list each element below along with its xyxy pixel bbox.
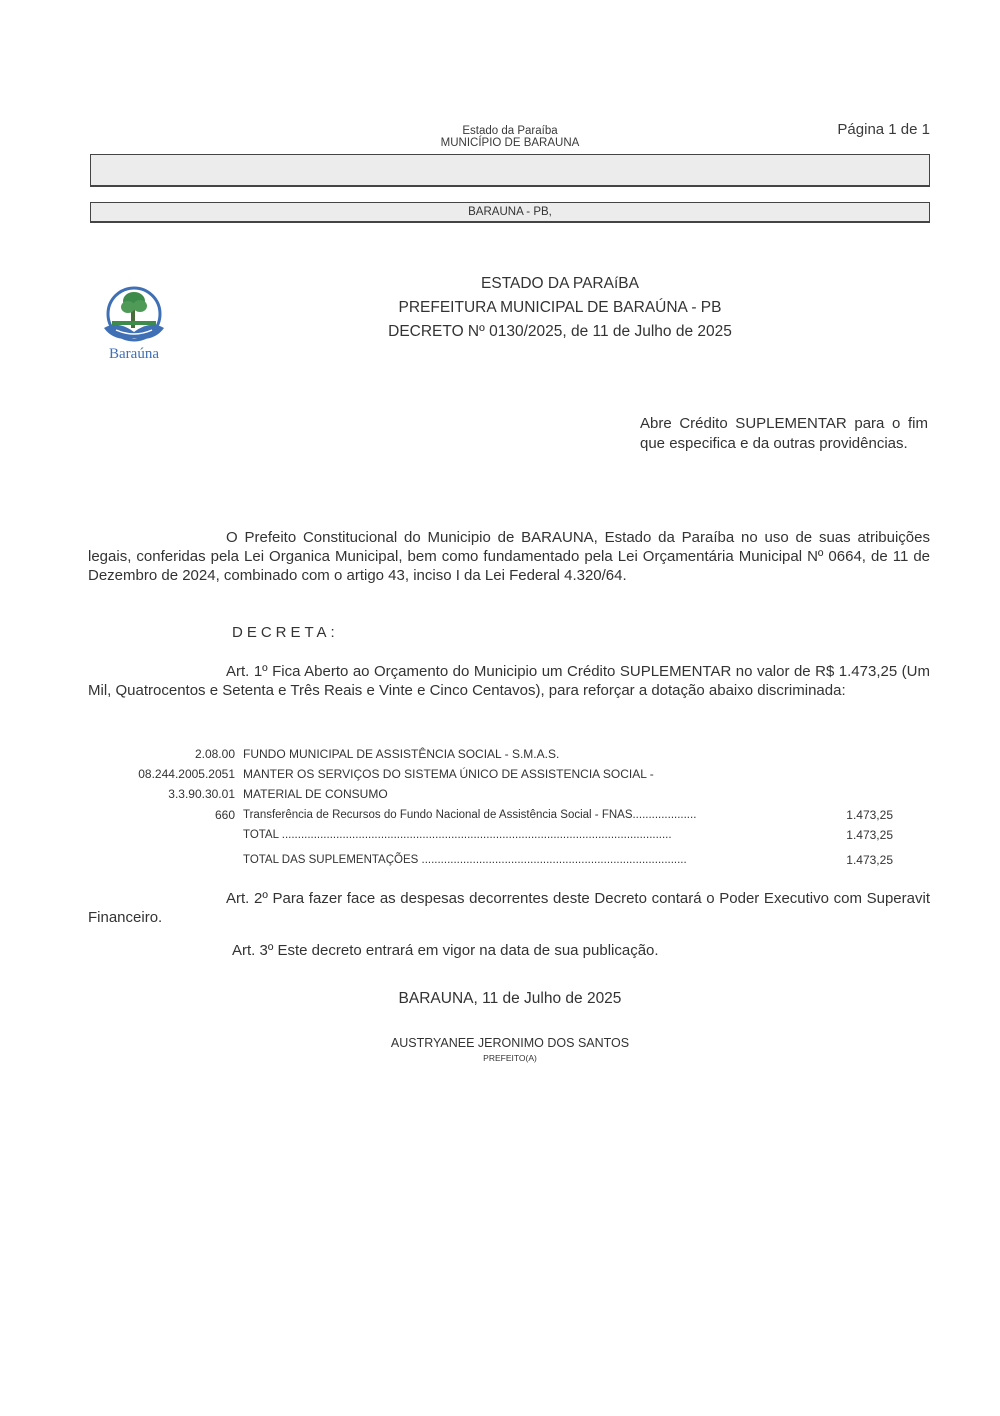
budget-description: Transferência de Recursos do Fundo Nacio… xyxy=(243,805,783,825)
header-state: Estado da Paraíba MUNICÍPIO DE BARAUNA xyxy=(380,125,640,149)
letterhead-prefecture: PREFEITURA MUNICIPAL DE BARAÚNA - PB xyxy=(300,296,820,320)
preamble-text: O Prefeito Constitucional do Municipio d… xyxy=(88,529,930,584)
budget-row: 2.08.00 FUNDO MUNICIPAL DE ASSISTÊNCIA S… xyxy=(88,744,893,764)
decree-title: DECRETO Nº 0130/2025, de 11 de Julho de … xyxy=(300,320,820,344)
budget-row: 08.244.2005.2051 MANTER OS SERVIÇOS DO S… xyxy=(88,764,893,784)
budget-description: FUNDO MUNICIPAL DE ASSISTÊNCIA SOCIAL - … xyxy=(243,744,559,764)
header-blank-box xyxy=(90,154,930,187)
budget-description: MATERIAL DE CONSUMO xyxy=(243,784,388,804)
budget-value: 1.473,25 xyxy=(846,805,893,825)
budget-code: 2.08.00 xyxy=(88,744,235,764)
municipal-logo: Baraúna xyxy=(98,284,170,362)
article-1: Art. 1º Fica Aberto ao Orçamento do Muni… xyxy=(88,662,930,700)
baraúna-emblem-icon: Baraúna xyxy=(98,284,170,362)
article-2: Art. 2º Para fazer face as despesas deco… xyxy=(88,889,930,927)
decreta-heading: DECRETA: xyxy=(232,624,339,641)
budget-row: 660 Transferência de Recursos do Fundo N… xyxy=(88,805,893,825)
budget-total-label: TOTAL ..................................… xyxy=(243,825,783,845)
budget-code: 660 xyxy=(88,805,235,825)
signatory-name: AUSTRYANEE JERONIMO DOS SANTOS xyxy=(300,1036,720,1050)
preamble-paragraph: O Prefeito Constitucional do Municipio d… xyxy=(88,528,930,585)
header-state-line: Estado da Paraíba xyxy=(380,125,640,137)
budget-grand-total-label: TOTAL DAS SUPLEMENTAÇÕES ...............… xyxy=(243,850,783,870)
place-date: BARAUNA, 11 de Julho de 2025 xyxy=(300,990,720,1008)
header-municipality-line: MUNICÍPIO DE BARAUNA xyxy=(380,137,640,149)
budget-description: MANTER OS SERVIÇOS DO SISTEMA ÚNICO DE A… xyxy=(243,764,654,784)
letterhead-state: ESTADO DA PARAíBA xyxy=(300,272,820,296)
budget-total-value: 1.473,25 xyxy=(846,825,893,845)
decree-summary: Abre Crédito SUPLEMENTAR para o fim que … xyxy=(640,414,928,454)
budget-row: 3.3.90.30.01 MATERIAL DE CONSUMO xyxy=(88,784,893,804)
article-3: Art. 3º Este decreto entrará em vigor na… xyxy=(232,942,659,959)
budget-grand-total-value: 1.473,25 xyxy=(846,850,893,870)
budget-total-row: TOTAL ..................................… xyxy=(88,825,893,845)
signatory-role: PREFEITO(A) xyxy=(300,1053,720,1063)
header-location-box: BARAUNA - PB, xyxy=(90,202,930,223)
article-1-text: Art. 1º Fica Aberto ao Orçamento do Muni… xyxy=(88,663,930,699)
svg-text:Baraúna: Baraúna xyxy=(109,346,159,362)
budget-code: 3.3.90.30.01 xyxy=(88,784,235,804)
budget-grand-total-row: TOTAL DAS SUPLEMENTAÇÕES ...............… xyxy=(88,850,893,870)
page-indicator: Página 1 de 1 xyxy=(837,121,930,138)
article-2-text: Art. 2º Para fazer face as despesas deco… xyxy=(88,890,930,926)
budget-code: 08.244.2005.2051 xyxy=(88,764,235,784)
